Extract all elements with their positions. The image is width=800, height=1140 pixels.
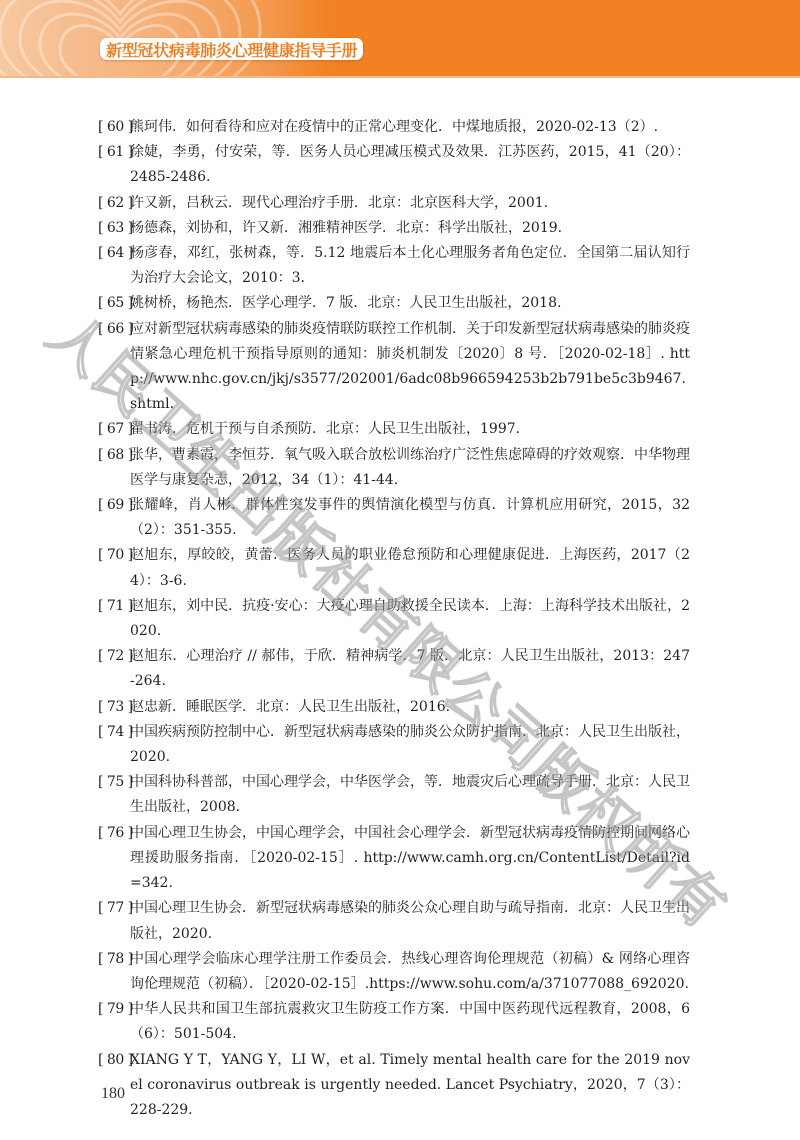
reference-item: [ 65 ]姚树桥，杨艳杰．医学心理学．7 版．北京：人民卫生出版社，2018. — [98, 291, 690, 316]
reference-item: [ 72 ]赵旭东．心理治疗 // 郝伟，于欣．精神病学．7 版．北京：人民卫生… — [98, 644, 690, 694]
reference-item: [ 75 ]中国科协科普部，中国心理学会，中华医学会，等．地震灾后心理疏导手册．… — [98, 770, 690, 820]
reference-number: [ 79 ] — [98, 997, 130, 1047]
reference-item: [ 63 ]杨德森，刘协和，许又新．湘雅精神医学．北京：科学出版社，2019. — [98, 216, 690, 241]
reference-item: [ 76 ]中国心理卫生协会，中国心理学会，中国社会心理学会．新型冠状病毒疫情防… — [98, 821, 690, 897]
reference-number: [ 61 ] — [98, 140, 130, 190]
reference-item: [ 66 ]应对新型冠状病毒感染的肺炎疫情联防联控工作机制．关于印发新型冠状病毒… — [98, 317, 690, 418]
reference-item: [ 80 ]XIANG Y T，YANG Y，LI W，et al. Timel… — [98, 1048, 690, 1124]
reference-number: [ 73 ] — [98, 695, 130, 720]
reference-item: [ 77 ]中国心理卫生协会．新型冠状病毒感染的肺炎公众心理自助与疏导指南．北京… — [98, 896, 690, 946]
reference-text: 杨彦春，邓红，张树森，等．5.12 地震后本土化心理服务者角色定位．全国第二届认… — [130, 241, 690, 291]
reference-item: [ 74 ]中国疾病预防控制中心．新型冠状病毒感染的肺炎公众防护指南．北京：人民… — [98, 720, 690, 770]
reference-number: [ 77 ] — [98, 896, 130, 946]
reference-number: [ 62 ] — [98, 191, 130, 216]
reference-list: [ 60 ]熊珂伟．如何看待和应对在疫情中的正常心理变化．中煤地质报，2020-… — [98, 115, 690, 1123]
reference-number: [ 66 ] — [98, 317, 130, 418]
reference-text: 姚树桥，杨艳杰．医学心理学．7 版．北京：人民卫生出版社，2018. — [130, 291, 690, 316]
reference-number: [ 65 ] — [98, 291, 130, 316]
reference-text: 徐婕，李勇，付安荣，等．医务人员心理减压模式及效果．江苏医药，2015，41（2… — [130, 140, 690, 190]
page-header-banner: 新型冠状病毒肺炎心理健康指导手册 — [0, 0, 800, 77]
reference-text: 中国心理卫生协会．新型冠状病毒感染的肺炎公众心理自助与疏导指南．北京：人民卫生出… — [130, 896, 690, 946]
reference-text: 赵旭东，刘中民．抗疫·安心：大疫心理自助救援全民读本．上海：上海科学技术出版社，… — [130, 594, 690, 644]
book-title: 新型冠状病毒肺炎心理健康指导手册 — [106, 38, 357, 61]
reference-item: [ 69 ]张耀峰，肖人彬．群体性突发事件的舆情演化模型与仿真．计算机应用研究，… — [98, 493, 690, 543]
reference-text: 杨德森，刘协和，许又新．湘雅精神医学．北京：科学出版社，2019. — [130, 216, 690, 241]
reference-text: 中华人民共和国卫生部抗震救灾卫生防疫工作方案．中国中医药现代远程教育，2008，… — [130, 997, 690, 1047]
reference-number: [ 78 ] — [98, 947, 130, 997]
reference-item: [ 71 ]赵旭东，刘中民．抗疫·安心：大疫心理自助救援全民读本．上海：上海科学… — [98, 594, 690, 644]
reference-number: [ 69 ] — [98, 493, 130, 543]
reference-item: [ 78 ]中国心理学会临床心理学注册工作委员会．热线心理咨询伦理规范（初稿）&… — [98, 947, 690, 997]
reference-text: XIANG Y T，YANG Y，LI W，et al. Timely ment… — [130, 1048, 690, 1124]
reference-number: [ 60 ] — [98, 115, 130, 140]
reference-item: [ 64 ]杨彦春，邓红，张树森，等．5.12 地震后本土化心理服务者角色定位．… — [98, 241, 690, 291]
reference-item: [ 73 ]赵忠新．睡眠医学．北京：人民卫生出版社，2016. — [98, 695, 690, 720]
reference-number: [ 75 ] — [98, 770, 130, 820]
reference-text: 应对新型冠状病毒感染的肺炎疫情联防联控工作机制．关于印发新型冠状病毒感染的肺炎疫… — [130, 317, 690, 418]
reference-item: [ 67 ]翟书涛．危机干预与自杀预防．北京：人民卫生出版社，1997. — [98, 417, 690, 442]
reference-text: 翟书涛．危机干预与自杀预防．北京：人民卫生出版社，1997. — [130, 417, 690, 442]
header-divider — [0, 76, 800, 78]
reference-item: [ 70 ]赵旭东，厚皎皎，黄蕾．医务人员的职业倦怠预防和心理健康促进．上海医药… — [98, 543, 690, 593]
reference-text: 赵忠新．睡眠医学．北京：人民卫生出版社，2016. — [130, 695, 690, 720]
book-title-badge: 新型冠状病毒肺炎心理健康指导手册 — [100, 38, 363, 60]
page-number: 180 — [101, 1085, 125, 1103]
reference-text: 中国心理学会临床心理学注册工作委员会．热线心理咨询伦理规范（初稿）& 网络心理咨… — [130, 947, 690, 997]
reference-number: [ 67 ] — [98, 417, 130, 442]
reference-text: 张华，曹素霞，李恒芬．氧气吸入联合放松训练治疗广泛性焦虑障碍的疗效观察．中华物理… — [130, 443, 690, 493]
reference-number: [ 74 ] — [98, 720, 130, 770]
reference-text: 赵旭东．心理治疗 // 郝伟，于欣．精神病学．7 版．北京：人民卫生出版社，20… — [130, 644, 690, 694]
reference-text: 许又新，吕秋云．现代心理治疗手册．北京：北京医科大学，2001. — [130, 191, 690, 216]
reference-number: [ 68 ] — [98, 443, 130, 493]
reference-item: [ 60 ]熊珂伟．如何看待和应对在疫情中的正常心理变化．中煤地质报，2020-… — [98, 115, 690, 140]
reference-number: [ 64 ] — [98, 241, 130, 291]
reference-item: [ 68 ]张华，曹素霞，李恒芬．氧气吸入联合放松训练治疗广泛性焦虑障碍的疗效观… — [98, 443, 690, 493]
reference-number: [ 70 ] — [98, 543, 130, 593]
reference-number: [ 72 ] — [98, 644, 130, 694]
reference-text: 赵旭东，厚皎皎，黄蕾．医务人员的职业倦怠预防和心理健康促进．上海医药，2017（… — [130, 543, 690, 593]
reference-number: [ 63 ] — [98, 216, 130, 241]
reference-item: [ 61 ]徐婕，李勇，付安荣，等．医务人员心理减压模式及效果．江苏医药，201… — [98, 140, 690, 190]
reference-number: [ 71 ] — [98, 594, 130, 644]
reference-text: 中国心理卫生协会，中国心理学会，中国社会心理学会．新型冠状病毒疫情防控期间网络心… — [130, 821, 690, 897]
reference-number: [ 76 ] — [98, 821, 130, 897]
reference-text: 中国疾病预防控制中心．新型冠状病毒感染的肺炎公众防护指南．北京：人民卫生出版社，… — [130, 720, 690, 770]
reference-item: [ 79 ]中华人民共和国卫生部抗震救灾卫生防疫工作方案．中国中医药现代远程教育… — [98, 997, 690, 1047]
reference-item: [ 62 ]许又新，吕秋云．现代心理治疗手册．北京：北京医科大学，2001. — [98, 191, 690, 216]
reference-text: 中国科协科普部，中国心理学会，中华医学会，等．地震灾后心理疏导手册．北京：人民卫… — [130, 770, 690, 820]
reference-text: 张耀峰，肖人彬．群体性突发事件的舆情演化模型与仿真．计算机应用研究，2015，3… — [130, 493, 690, 543]
reference-text: 熊珂伟．如何看待和应对在疫情中的正常心理变化．中煤地质报，2020-02-13（… — [130, 115, 690, 140]
